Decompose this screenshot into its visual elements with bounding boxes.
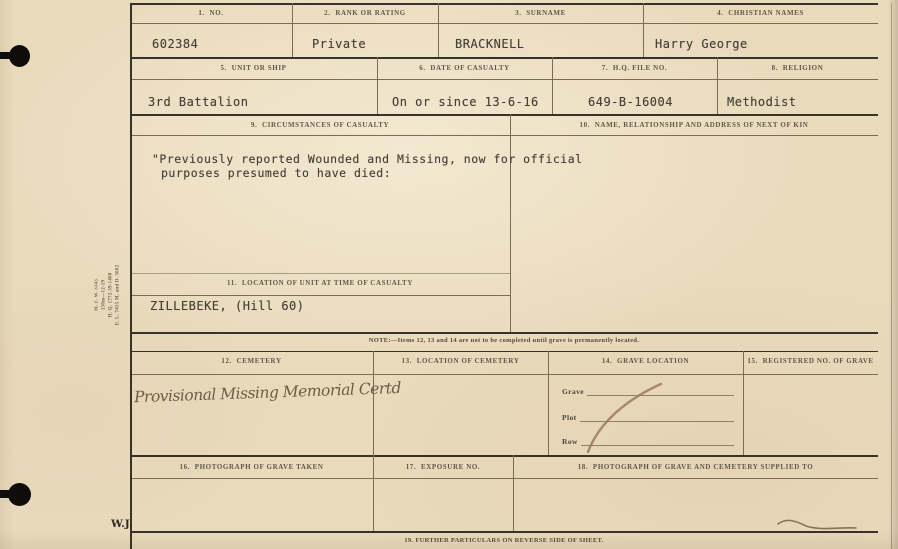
rule-sec19-top: [130, 531, 878, 533]
field-circumstances-label: 9. CIRCUMSTANCES OF CASUALTY: [130, 121, 510, 129]
rule-right-margin: [891, 3, 892, 549]
rule-sec11-bottom: [130, 332, 878, 334]
field-rank-label: 2. RANK OR RATING: [292, 9, 438, 17]
rule-note-bottom: [130, 351, 878, 352]
field-circumstances-value-line2: purposes presumed to have died:: [161, 166, 391, 180]
field-christian-names-label: 4. CHRISTIAN NAMES: [643, 9, 878, 17]
field-no-value: 602384: [152, 37, 198, 51]
field-next-of-kin-label: 10. NAME, RELATIONSHIP AND ADDRESS OF NE…: [510, 121, 878, 129]
rule-row1-bottom: [130, 57, 878, 59]
hole-punch-top-stem: [0, 52, 13, 59]
rule-v-sec12-13: [373, 351, 374, 455]
field-photo-taken-label: 16. PHOTOGRAPH OF GRAVE TAKEN: [130, 463, 373, 471]
rule-row2-bottom: [130, 114, 878, 116]
rule-sec12-label-sep: [130, 374, 878, 375]
form-ref-line: H. Q. 1772-39-1408: [108, 238, 115, 353]
field-christian-names-value: Harry George: [655, 37, 748, 51]
field-unit-value: 3rd Battalion: [148, 95, 248, 109]
rule-row2-label-sep: [130, 79, 878, 80]
field-surname-value: BRACKNELL: [455, 37, 525, 51]
field-hq-file-label: 7. H.Q. FILE NO.: [552, 64, 717, 72]
field-exposure-no-label: 17. EXPOSURE NO.: [373, 463, 513, 471]
field-photo-supplied-label: 18. PHOTOGRAPH OF GRAVE AND CEMETERY SUP…: [513, 463, 878, 471]
field-rank-value: Private: [312, 37, 366, 51]
grave-note: NOTE:—Items 12, 13 and 14 are not to be …: [130, 337, 878, 344]
field-cemetery-location-label: 13. LOCATION OF CEMETERY: [373, 357, 548, 365]
rule-sec9-label-sep: [130, 135, 878, 136]
field-surname-label: 3. SURNAME: [438, 9, 643, 17]
field-circumstances-value-line1: "Previously reported Wounded and Missing…: [152, 152, 583, 166]
field-unit-location-value: ZILLEBEKE, (Hill 60): [150, 299, 305, 313]
rule-sec9-bottom: [130, 273, 510, 274]
rule-top: [130, 3, 878, 5]
bottom-left-initials: W.J.: [111, 518, 133, 530]
field-cemetery-label: 12. CEMETERY: [130, 357, 373, 365]
rule-sec11-label-sep: [130, 295, 510, 296]
field-hq-file-value: 649-B-16004: [588, 95, 673, 109]
field-unit-location-label: 11. LOCATION OF UNIT AT TIME OF CASUALTY: [130, 279, 510, 287]
grave-location-pen-stroke: [548, 373, 743, 455]
field-unit-label: 5. UNIT OR SHIP: [130, 64, 377, 72]
field-registered-grave-no-label: 15. REGISTERED NO. OF GRAVE: [743, 357, 878, 365]
field-date-casualty-value: On or since 13-6-16: [392, 95, 539, 109]
rule-sec12-bottom: [130, 455, 878, 457]
form-ref-line: 150m—12-19: [101, 238, 108, 353]
field-grave-location-label: 14. GRAVE LOCATION: [548, 357, 743, 365]
form-ref-line: E. L. 7435 M. and D. 5002: [115, 238, 122, 353]
field-no-label: 1. NO.: [130, 9, 292, 17]
rule-sec16-label-sep: [130, 478, 878, 479]
rule-v-sec9-10: [510, 114, 511, 332]
field-cemetery-handwritten-value: Provisional Missing Memorial Certd: [134, 380, 379, 407]
rule-v-sec14-15: [743, 351, 744, 455]
form-print-reference: M. F. W. 3343 150m—12-19 H. Q. 1772-39-1…: [94, 238, 128, 353]
hole-punch-bottom-stem: [0, 490, 12, 498]
field-religion-label: 8. RELIGION: [717, 64, 878, 72]
form-ref-line: M. F. W. 3343: [94, 238, 101, 353]
field-religion-value: Methodist: [727, 95, 797, 109]
rule-row1-label-sep: [130, 23, 878, 24]
bottom-right-pen-squiggle: [772, 515, 864, 535]
field-further-particulars-label: 19. FURTHER PARTICULARS ON REVERSE SIDE …: [130, 537, 878, 544]
field-date-casualty-label: 6. DATE OF CASUALTY: [377, 64, 552, 72]
casualty-record-card: M. F. W. 3343 150m—12-19 H. Q. 1772-39-1…: [0, 0, 898, 549]
